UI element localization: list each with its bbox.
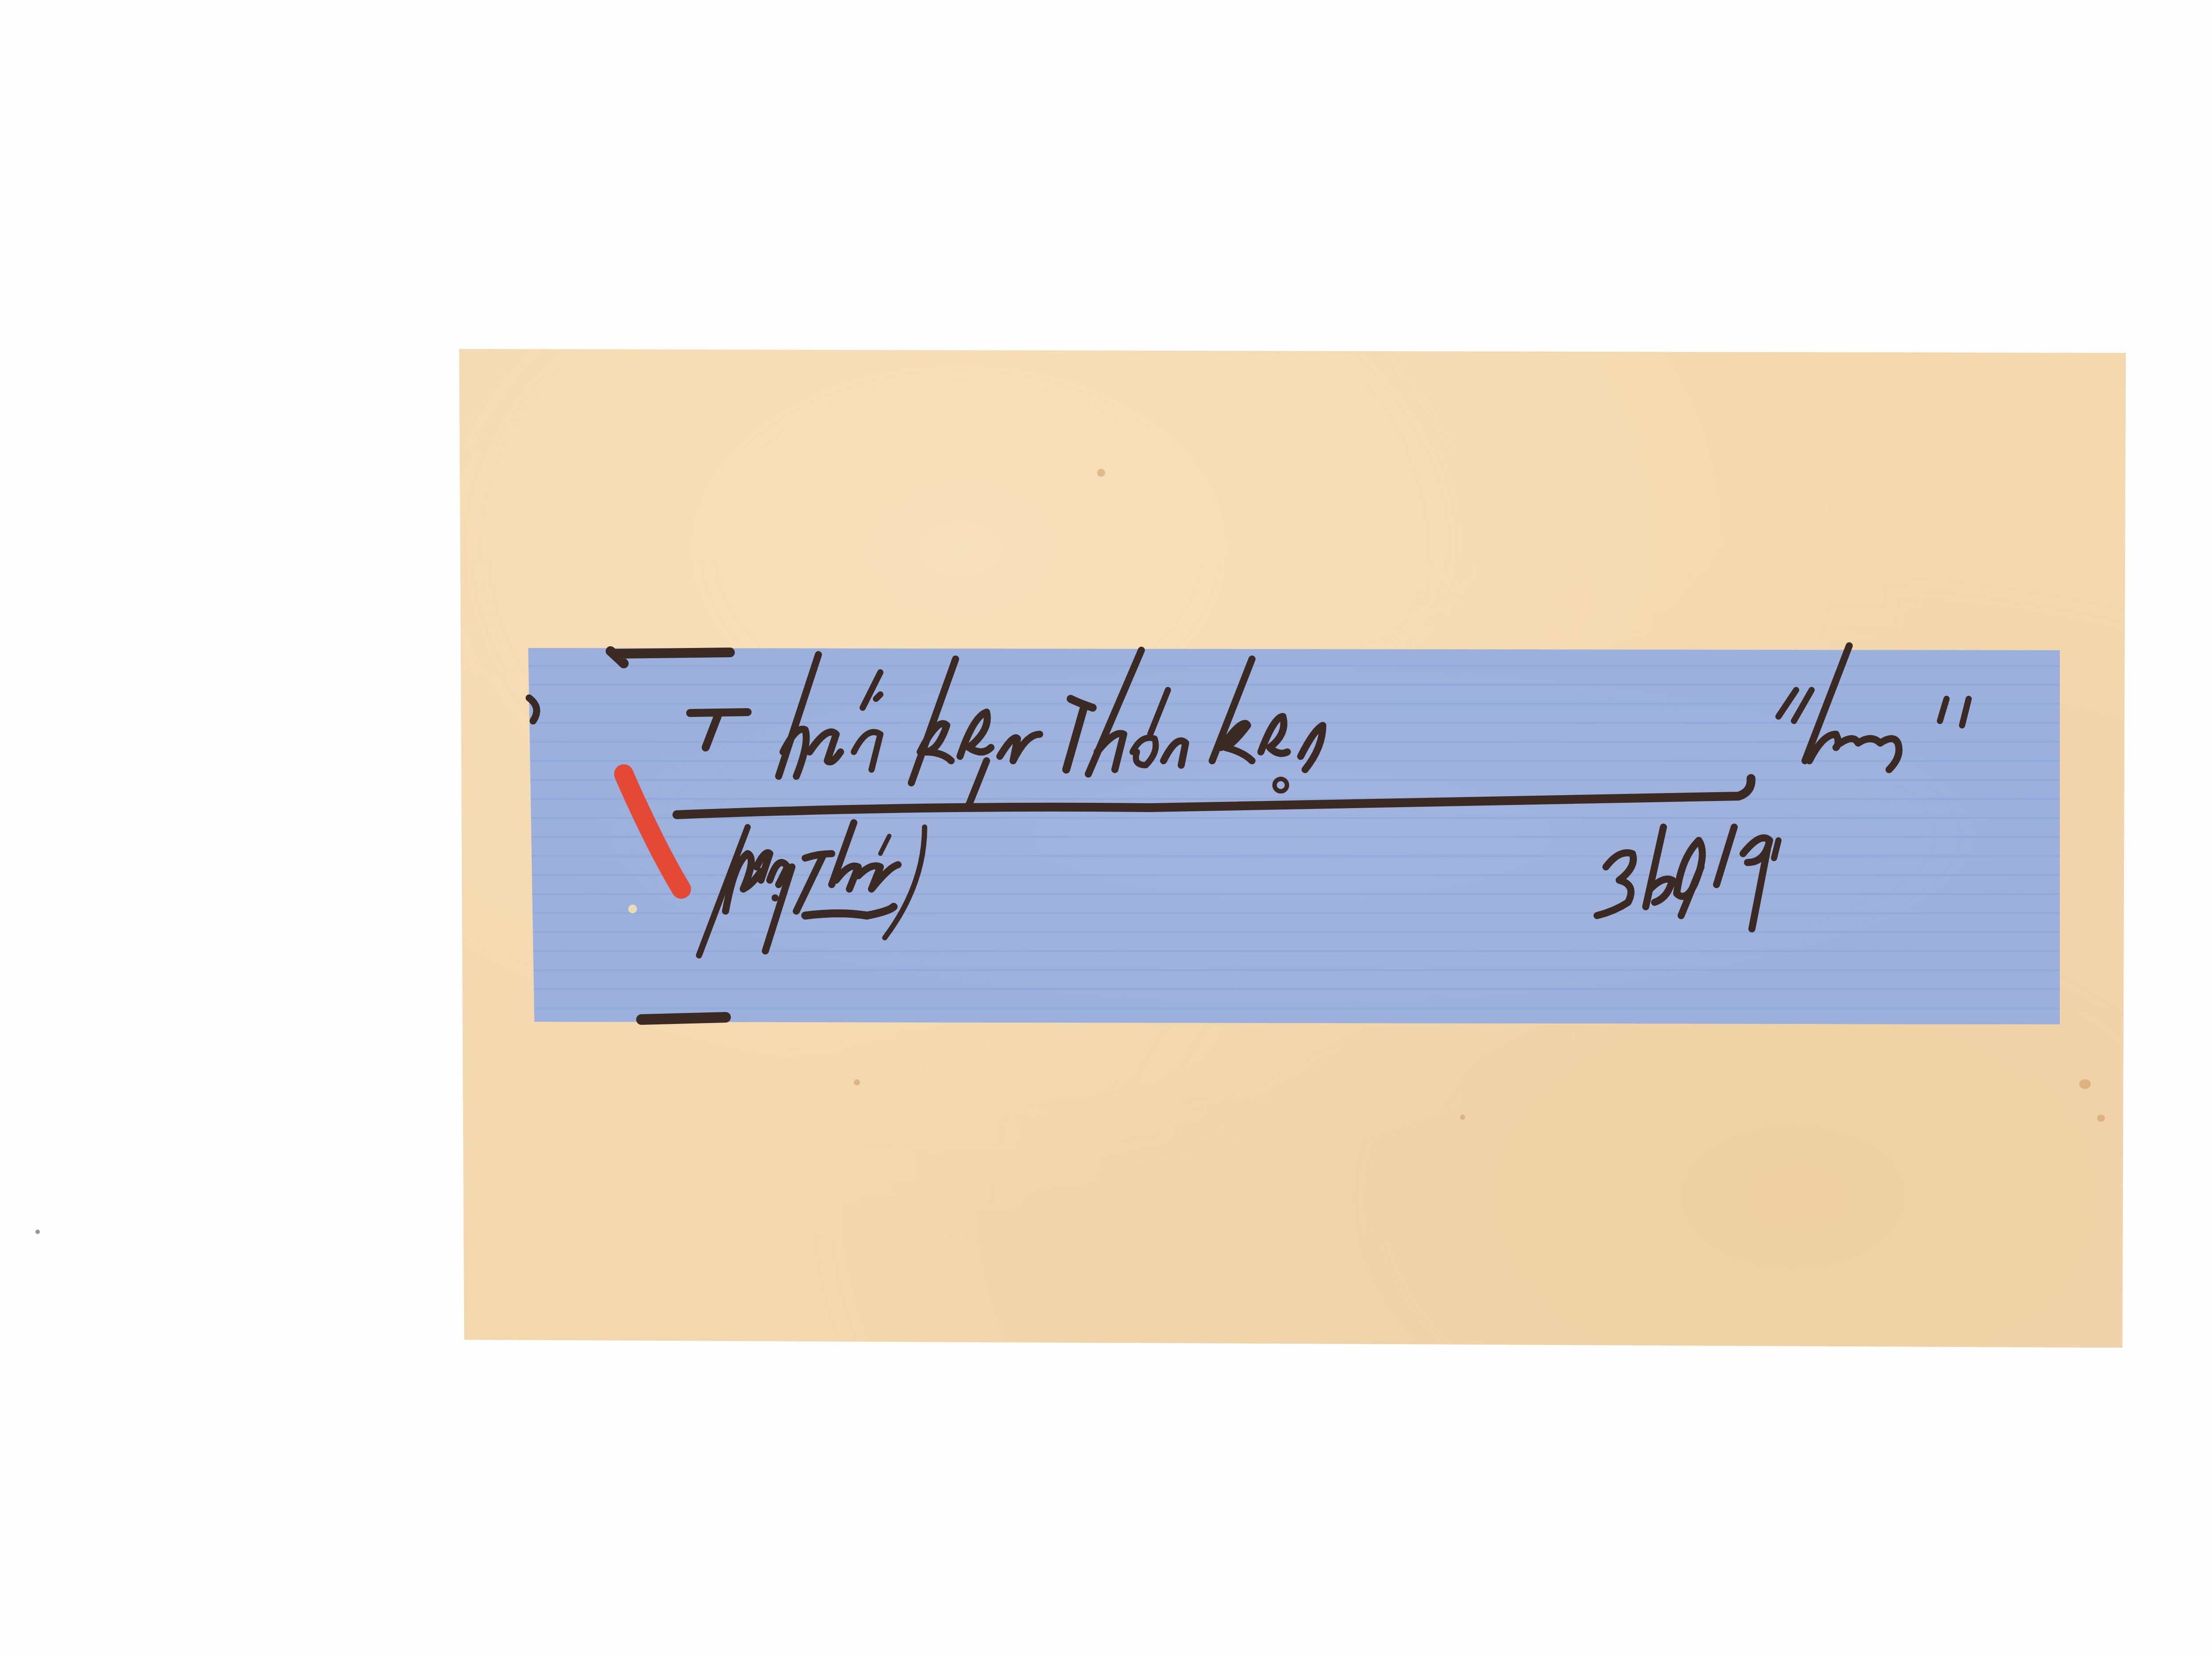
entry-variant-line: (ßny. Thón) <box>708 854 1214 957</box>
photo-background: T hŭrkyen Thónkyen “brus” (ßny. Thón) 36… <box>0 0 2212 1656</box>
handwriting-ink <box>0 0 2212 1656</box>
entry-headword-line: T hŭrkyen Thónkyen “brus” <box>677 694 2045 808</box>
entry-reference: 360, 19; <box>1584 840 1988 954</box>
